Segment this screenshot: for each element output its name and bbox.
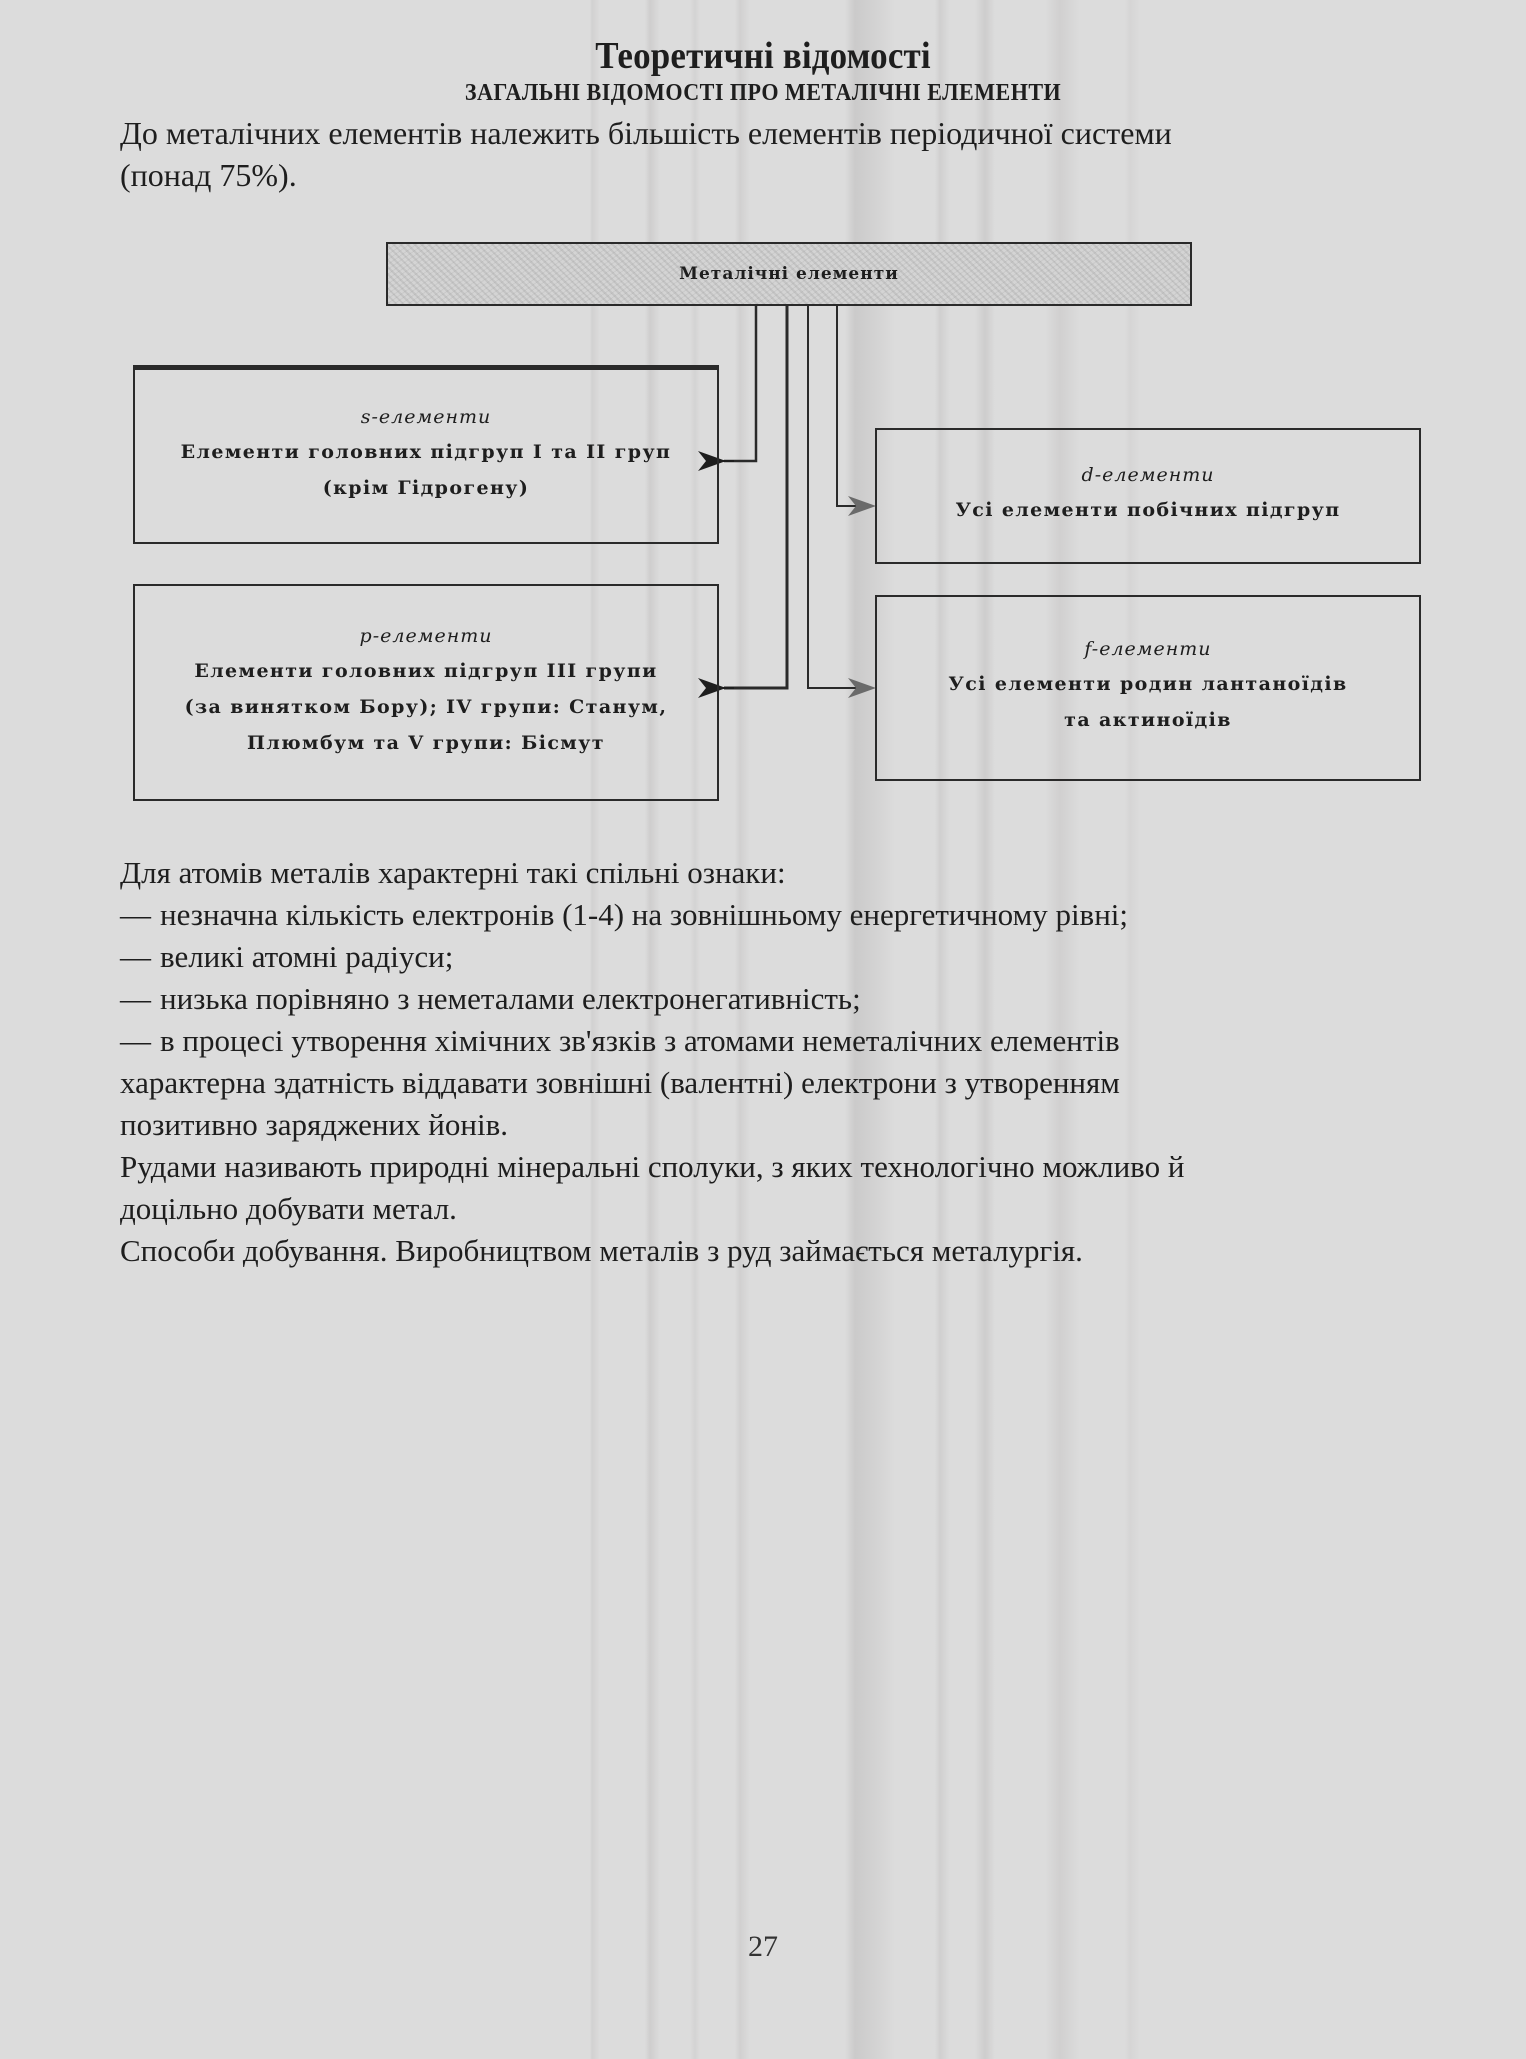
connector-s [724,306,756,461]
f-elements-line: та актиноїдів [1064,702,1232,738]
f-elements-line: Усі елементи родин лантаноїдів [948,666,1347,702]
s-elements-box: s-елементи Елементи головних підгруп I т… [133,365,719,544]
connector-f [808,306,870,688]
bullet-continuation: позитивно заряджених йонів. [120,1104,1420,1146]
dash-bullet: — [120,894,160,936]
s-elements-title: s-елементи [361,406,492,428]
d-elements-title: d-елементи [1082,464,1215,486]
p-elements-line: (за винятком Бору); IV групи: Станум, [185,689,668,725]
ores-paragraph-line: доцільно добувати метал. [120,1188,1420,1230]
s-elements-line: (крім Гідрогену) [323,470,529,506]
f-elements-box: f-елементи Усі елементи родин лантаноїді… [875,595,1421,781]
dash-bullet: — [120,978,160,1020]
methods-paragraph: Способи добування. Виробництвом металів … [120,1230,1420,1272]
ores-paragraph-line: Рудами називають природні мінеральні спо… [120,1146,1420,1188]
bullet-item: —низька порівняно з неметалами електроне… [120,978,1420,1020]
d-elements-box: d-елементи Усі елементи побічних підгруп [875,428,1421,564]
bullet-item: —незначна кількість електронів (1-4) на … [120,894,1420,936]
metal-properties-section: Для атомів металів характерні такі спіль… [120,852,1420,1272]
s-elements-line: Елементи головних підгруп I та II груп [181,434,672,470]
metal-elements-diagram: Металічні елементи s-елементи Елементи г… [0,0,1526,820]
f-elements-title: f-елементи [1084,638,1211,660]
bullet-continuation: характерна здатність віддавати зовнішні … [120,1062,1420,1104]
p-elements-box: p-елементи Елементи головних підгруп III… [133,584,719,801]
dash-bullet: — [120,936,160,978]
p-elements-title: p-елементи [360,625,493,647]
page-number: 27 [0,1930,1526,1964]
bullet-item: —великі атомні радіуси; [120,936,1420,978]
dash-bullet: — [120,1020,160,1062]
d-elements-line: Усі елементи побічних підгруп [955,492,1340,528]
properties-lead: Для атомів металів характерні такі спіль… [120,852,1420,894]
bullet-item: —в процесі утворення хімічних зв'язків з… [120,1020,1420,1062]
p-elements-line: Елементи головних підгруп III групи [194,653,657,689]
p-elements-line: Плюмбум та V групи: Бісмут [247,725,605,761]
connector-d [837,306,870,506]
